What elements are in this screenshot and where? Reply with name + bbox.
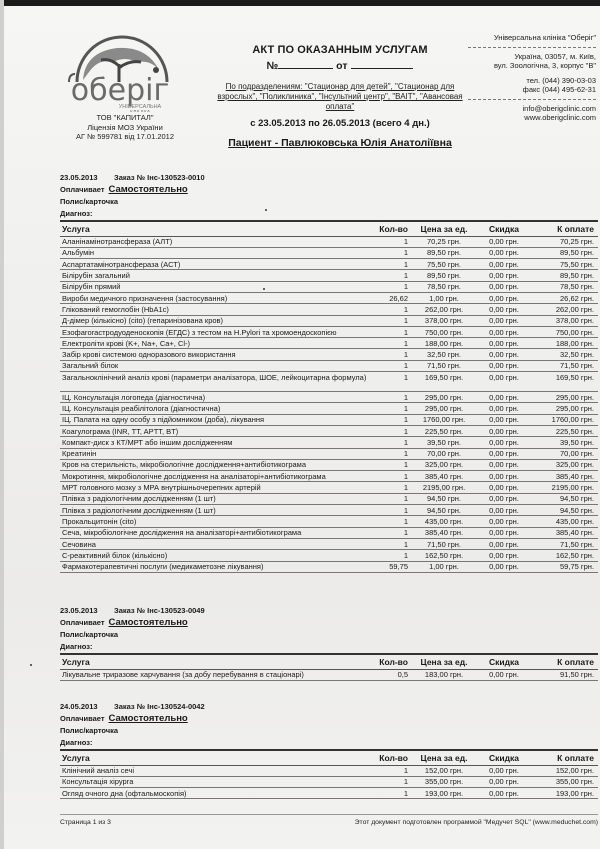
diagnosis-label: Диагноз:	[60, 641, 598, 653]
unit-price: 183,00 грн.	[410, 669, 478, 680]
service-name: Коагулограма (INR, TT, APTT, BT)	[60, 425, 370, 436]
col-service: Услуга	[60, 654, 370, 669]
service-name: Кров на стерильність, мікробіологічне до…	[60, 459, 370, 470]
diagnosis-label: Диагноз:	[60, 737, 598, 749]
divisions-text: По подразделениям: "Стационар для детей"…	[205, 82, 475, 112]
divider	[468, 99, 596, 100]
unit-price: 295,00 грн.	[410, 403, 478, 414]
scan-left-edge	[0, 0, 4, 849]
discount: 0,00 грн.	[478, 765, 530, 776]
col-qty: Кол-во	[370, 654, 410, 669]
discount: 0,00 грн.	[478, 270, 530, 281]
unit-price: 355,00 грн.	[410, 776, 478, 787]
amount-due: 94,50 грн.	[530, 505, 598, 516]
discount: 0,00 грн.	[478, 392, 530, 403]
amount-due: 378,00 грн.	[530, 315, 598, 326]
amount-due: 262,00 грн.	[530, 304, 598, 315]
col-total: К оплате	[530, 654, 598, 669]
table-row: Фармакотерапевтичні послуги (медикаметоз…	[60, 561, 598, 572]
col-discount: Скидка	[478, 654, 530, 669]
discount: 0,00 грн.	[478, 315, 530, 326]
col-total: К оплате	[530, 750, 598, 765]
quantity: 1	[370, 788, 410, 799]
table-row: Езофагогастродуоденоскопія (ЕГДС) з тест…	[60, 326, 598, 337]
order-header: 23.05.2013Заказ № Інс-130523-0049	[60, 605, 598, 617]
company-info: ТОВ "КАПИТАЛ" Ліцензія МОЗ України АГ № …	[60, 113, 190, 142]
email: info@oberigclinic.com	[458, 104, 596, 114]
quantity: 1	[370, 493, 410, 504]
unit-price: 94,50 грн.	[410, 493, 478, 504]
service-name: Компакт-диск з КТ/МРТ або іншим дослідже…	[60, 437, 370, 448]
address-line-1: Україна, 03057, м. Київ,	[458, 52, 596, 62]
services-table: УслугаКол-воЦена за ед.СкидкаК оплатеКлі…	[60, 749, 598, 799]
order-date: 23.05.2013	[60, 172, 114, 184]
divider	[468, 47, 596, 48]
quantity: 1	[370, 437, 410, 448]
service-name: Лікувальне триразове харчування (за добу…	[60, 669, 370, 680]
company-name: ТОВ "КАПИТАЛ"	[60, 113, 190, 123]
amount-due: 59,75 грн.	[530, 561, 598, 572]
clinic-contacts: Універсальна клініка "Оберіг" Україна, 0…	[458, 33, 596, 123]
table-row: Електроліти крові (K+, Na+, Ca+, Cl-)118…	[60, 338, 598, 349]
document-title-block: АКТ ПО ОКАЗАННЫМ УСЛУГАМ № от По подразд…	[205, 44, 475, 149]
amount-due: 295,00 грн.	[530, 392, 598, 403]
website: www.oberigclinic.com	[458, 113, 596, 123]
table-row: Прокальцитонін (cito)1435,00 грн.0,00 гр…	[60, 516, 598, 527]
policy-label: Полис/карточка	[60, 629, 598, 641]
discount: 0,00 грн.	[478, 414, 530, 425]
quantity: 1	[370, 538, 410, 549]
col-service: Услуга	[60, 221, 370, 236]
order-section: 24.05.2013Заказ № Інс-130524-0042Оплачив…	[60, 701, 598, 799]
unit-price: 193,00 грн.	[410, 788, 478, 799]
unit-price: 78,50 грн.	[410, 281, 478, 292]
payer-line: ОплачиваетСамостоятельно	[60, 617, 598, 629]
service-name: Аспартатамінотрансфераза (АСТ)	[60, 259, 370, 270]
amount-due: 355,00 грн.	[530, 776, 598, 787]
quantity: 26,62	[370, 292, 410, 303]
amount-due: 75,50 грн.	[530, 259, 598, 270]
quantity: 1	[370, 550, 410, 561]
table-row: Забір крові системою одноразового викори…	[60, 349, 598, 360]
service-name: ІЦ. Консультація логопеда (діагностична)	[60, 392, 370, 403]
service-name: Консультація хірурга	[60, 776, 370, 787]
order-header: 24.05.2013Заказ № Інс-130524-0042	[60, 701, 598, 713]
unit-price: 385,40 грн.	[410, 471, 478, 482]
number-prefix: №	[267, 60, 279, 72]
unit-price: 70,25 грн.	[410, 236, 478, 247]
number-blank	[278, 60, 333, 69]
quantity: 1	[370, 776, 410, 787]
unit-price: 262,00 грн.	[410, 304, 478, 315]
service-name: Аланінамінотрансфераза (АЛТ)	[60, 236, 370, 247]
quantity: 1	[370, 338, 410, 349]
table-row: ІЦ. Консультація реабілітолога (діагност…	[60, 403, 598, 414]
unit-price: 71,50 грн.	[410, 538, 478, 549]
unit-price: 435,00 грн.	[410, 516, 478, 527]
service-name: Білірубін прямий	[60, 281, 370, 292]
quantity: 1	[370, 247, 410, 258]
table-row: Глікований гемоглобін (HbA1c)1262,00 грн…	[60, 304, 598, 315]
quantity: 1	[370, 270, 410, 281]
service-name: Плівка з радіологічним дослідженням (1 ш…	[60, 505, 370, 516]
amount-due: 2195,00 грн.	[530, 482, 598, 493]
services-table: УслугаКол-воЦена за ед.СкидкаК оплатеЛік…	[60, 653, 598, 681]
phone: тел. (044) 390-03-03	[458, 76, 596, 86]
discount: 0,00 грн.	[478, 505, 530, 516]
generator-note: Этот документ подготовлен программой "Ме…	[355, 819, 598, 826]
discount: 0,00 грн.	[478, 516, 530, 527]
service-name: Загальноклінічний аналіз крові (параметр…	[60, 372, 370, 392]
discount: 0,00 грн.	[478, 372, 530, 392]
discount: 0,00 грн.	[478, 448, 530, 459]
discount: 0,00 грн.	[478, 459, 530, 470]
document-title: АКТ ПО ОКАЗАННЫМ УСЛУГАМ	[205, 44, 475, 56]
payer-label: Оплачивает	[60, 185, 105, 194]
service-name: Езофагогастродуоденоскопія (ЕГДС) з тест…	[60, 326, 370, 337]
table-row: Лікувальне триразове харчування (за добу…	[60, 669, 598, 680]
amount-due: 71,50 грн.	[530, 360, 598, 371]
service-name: Плівка з радіологічним дослідженням (1 ш…	[60, 493, 370, 504]
col-service: Услуга	[60, 750, 370, 765]
discount: 0,00 грн.	[478, 360, 530, 371]
payer-value: Самостоятельно	[109, 184, 188, 195]
services-table: УслугаКол-воЦена за ед.СкидкаК оплатеАла…	[60, 220, 598, 573]
service-name: Креатинін	[60, 448, 370, 459]
policy-label: Полис/карточка	[60, 725, 598, 737]
quantity: 1	[370, 414, 410, 425]
amount-due: 91,50 грн.	[530, 669, 598, 680]
discount: 0,00 грн.	[478, 292, 530, 303]
amount-due: 70,00 грн.	[530, 448, 598, 459]
amount-due: 385,40 грн.	[530, 471, 598, 482]
footer-divider	[60, 814, 598, 815]
quantity: 1	[370, 471, 410, 482]
amount-due: 169,50 грн.	[530, 372, 598, 392]
quantity: 59,75	[370, 561, 410, 572]
amount-due: 89,50 грн.	[530, 247, 598, 258]
service-name: Альбумін	[60, 247, 370, 258]
discount: 0,00 грн.	[478, 550, 530, 561]
payer-value: Самостоятельно	[109, 617, 188, 628]
table-row: Білірубін загальний189,50 грн.0,00 грн.8…	[60, 270, 598, 281]
service-name: Забір крові системою одноразового викори…	[60, 349, 370, 360]
discount: 0,00 грн.	[478, 247, 530, 258]
amount-due: 385,40 грн.	[530, 527, 598, 538]
quantity: 1	[370, 482, 410, 493]
unit-price: 152,00 грн.	[410, 765, 478, 776]
quantity: 1	[370, 448, 410, 459]
amount-due: 78,50 грн.	[530, 281, 598, 292]
service-name: Глікований гемоглобін (HbA1c)	[60, 304, 370, 315]
table-row: ІЦ. Консультація логопеда (діагностична)…	[60, 392, 598, 403]
amount-due: 94,50 грн.	[530, 493, 598, 504]
payer-line: ОплачиваетСамостоятельно	[60, 713, 598, 725]
document-number-line: № от	[205, 60, 475, 72]
quantity: 1	[370, 315, 410, 326]
quantity: 1	[370, 459, 410, 470]
license-label: Ліцензія МОЗ України	[60, 123, 190, 133]
amount-due: 162,50 грн.	[530, 550, 598, 561]
discount: 0,00 грн.	[478, 561, 530, 572]
discount: 0,00 грн.	[478, 259, 530, 270]
payer-label: Оплачивает	[60, 618, 105, 627]
table-row: Загальноклінічний аналіз крові (параметр…	[60, 372, 598, 392]
svg-text:КЛІНІКА: КЛІНІКА	[130, 110, 151, 112]
order-header: 23.05.2013Заказ № Інс-130523-0010	[60, 172, 598, 184]
table-row: Д-дімер (кількісно) (cito) (гепаринізова…	[60, 315, 598, 326]
col-qty: Кол-во	[370, 221, 410, 236]
quantity: 1	[370, 326, 410, 337]
table-row: Загальний білок171,50 грн.0,00 грн.71,50…	[60, 360, 598, 371]
table-row: Сечовина171,50 грн.0,00 грн.71,50 грн.	[60, 538, 598, 549]
discount: 0,00 грн.	[478, 326, 530, 337]
table-row: Креатинін170,00 грн.0,00 грн.70,00 грн.	[60, 448, 598, 459]
amount-due: 225,50 грн.	[530, 425, 598, 436]
quantity: 0,5	[370, 669, 410, 680]
payer-value: Самостоятельно	[109, 713, 188, 724]
scan-top-edge	[0, 0, 600, 6]
discount: 0,00 грн.	[478, 527, 530, 538]
amount-due: 193,00 грн.	[530, 788, 598, 799]
amount-due: 435,00 грн.	[530, 516, 598, 527]
col-total: К оплате	[530, 221, 598, 236]
amount-due: 39,50 грн.	[530, 437, 598, 448]
unit-price: 89,50 грн.	[410, 270, 478, 281]
clinic-name: Універсальна клініка "Оберіг"	[458, 33, 596, 43]
quantity: 1	[370, 516, 410, 527]
unit-price: 169,50 грн.	[410, 372, 478, 392]
fax: факс (044) 495-62-31	[458, 85, 596, 95]
service-name: Д-дімер (кількісно) (cito) (гепаринізова…	[60, 315, 370, 326]
diagnosis-label: Диагноз:	[60, 208, 598, 220]
discount: 0,00 грн.	[478, 403, 530, 414]
amount-due: 188,00 грн.	[530, 338, 598, 349]
unit-price: 71,50 грн.	[410, 360, 478, 371]
order-section: 23.05.2013Заказ № Інс-130523-0010Оплачив…	[60, 172, 598, 573]
order-date: 23.05.2013	[60, 605, 114, 617]
unit-price: 378,00 грн.	[410, 315, 478, 326]
table-row: Аланінамінотрансфераза (АЛТ)170,25 грн.0…	[60, 236, 598, 247]
unit-price: 70,00 грн.	[410, 448, 478, 459]
table-row: Білірубін прямий178,50 грн.0,00 грн.78,5…	[60, 281, 598, 292]
policy-label: Полис/карточка	[60, 196, 598, 208]
discount: 0,00 грн.	[478, 304, 530, 315]
service-name: Фармакотерапевтичні послуги (медикаметоз…	[60, 561, 370, 572]
discount: 0,00 грн.	[478, 776, 530, 787]
service-name: Електроліти крові (K+, Na+, Ca+, Cl-)	[60, 338, 370, 349]
discount: 0,00 грн.	[478, 482, 530, 493]
service-name: С-реактивний білок (кількісно)	[60, 550, 370, 561]
unit-price: 75,50 грн.	[410, 259, 478, 270]
unit-price: 188,00 грн.	[410, 338, 478, 349]
service-name: МРТ головного мозку з МРА внутрішньочере…	[60, 482, 370, 493]
table-row: Огляд очного дна (офтальмоскопія)1193,00…	[60, 788, 598, 799]
unit-price: 94,50 грн.	[410, 505, 478, 516]
quantity: 1	[370, 281, 410, 292]
order-number: Заказ № Інс-130523-0010	[114, 173, 205, 182]
date-blank	[351, 60, 413, 69]
table-row: ІЦ. Палата на одну особу з підйомником (…	[60, 414, 598, 425]
amount-due: 1760,00 грн.	[530, 414, 598, 425]
unit-price: 225,50 грн.	[410, 425, 478, 436]
service-name: ІЦ. Консультація реабілітолога (діагност…	[60, 403, 370, 414]
amount-due: 70,25 грн.	[530, 236, 598, 247]
amount-due: 750,00 грн.	[530, 326, 598, 337]
discount: 0,00 грн.	[478, 669, 530, 680]
scan-speck	[30, 664, 32, 666]
quantity: 1	[370, 425, 410, 436]
discount: 0,00 грн.	[478, 236, 530, 247]
service-name: Мокротиння, мікробіологічне дослідження …	[60, 471, 370, 482]
unit-price: 1,00 грн.	[410, 292, 478, 303]
quantity: 1	[370, 259, 410, 270]
table-row: Сеча, мікробіологічне дослідження на ана…	[60, 527, 598, 538]
payer-line: ОплачиваетСамостоятельно	[60, 184, 598, 196]
unit-price: 295,00 грн.	[410, 392, 478, 403]
col-price: Цена за ед.	[410, 750, 478, 765]
table-row: МРТ головного мозку з МРА внутрішньочере…	[60, 482, 598, 493]
table-row: Аспартатамінотрансфераза (АСТ)175,50 грн…	[60, 259, 598, 270]
service-period: с 23.05.2013 по 26.05.2013 (всего 4 дн.)	[205, 118, 475, 129]
col-qty: Кол-во	[370, 750, 410, 765]
unit-price: 39,50 грн.	[410, 437, 478, 448]
service-name: Сечовина	[60, 538, 370, 549]
scanned-document-page: обepiг УНІВЕРСАЛЬНА КЛІНІКА ТОВ "КАПИТАЛ…	[0, 0, 600, 849]
amount-due: 32,50 грн.	[530, 349, 598, 360]
quantity: 1	[370, 360, 410, 371]
quantity: 1	[370, 403, 410, 414]
discount: 0,00 грн.	[478, 788, 530, 799]
page-footer: Страница 1 из 3 Этот документ подготовле…	[60, 819, 598, 826]
quantity: 1	[370, 372, 410, 392]
table-row: Мокротиння, мікробіологічне дослідження …	[60, 471, 598, 482]
unit-price: 89,50 грн.	[410, 247, 478, 258]
service-name: Вироби медичного призначення (застосуван…	[60, 292, 370, 303]
table-row: Плівка з радіологічним дослідженням (1 ш…	[60, 505, 598, 516]
amount-due: 295,00 грн.	[530, 403, 598, 414]
service-name: ІЦ. Палата на одну особу з підйомником (…	[60, 414, 370, 425]
license-number: АГ № 599781 від 17.01.2012	[60, 132, 190, 142]
scan-speck	[263, 288, 265, 290]
quantity: 1	[370, 527, 410, 538]
unit-price: 2195,00 грн.	[410, 482, 478, 493]
discount: 0,00 грн.	[478, 437, 530, 448]
discount: 0,00 грн.	[478, 338, 530, 349]
patient-name: Пациент - Павлюковська Юлія Анатоліївна	[205, 137, 475, 149]
quantity: 1	[370, 349, 410, 360]
unit-price: 325,00 грн.	[410, 459, 478, 470]
discount: 0,00 грн.	[478, 538, 530, 549]
service-name: Білірубін загальний	[60, 270, 370, 281]
amount-due: 26,62 грн.	[530, 292, 598, 303]
order-section: 23.05.2013Заказ № Інс-130523-0049Оплачив…	[60, 605, 598, 681]
service-name: Сеча, мікробіологічне дослідження на ана…	[60, 527, 370, 538]
clinic-logo: обepiг УНІВЕРСАЛЬНА КЛІНІКА	[50, 30, 190, 112]
number-from-label: от	[336, 60, 347, 72]
service-name: Прокальцитонін (cito)	[60, 516, 370, 527]
discount: 0,00 грн.	[478, 281, 530, 292]
col-price: Цена за ед.	[410, 221, 478, 236]
order-number: Заказ № Інс-130523-0049	[114, 606, 205, 615]
table-row: Клінічний аналіз сечі1152,00 грн.0,00 гр…	[60, 765, 598, 776]
scan-speck	[265, 209, 267, 211]
quantity: 1	[370, 392, 410, 403]
table-row: Консультація хірурга1355,00 грн.0,00 грн…	[60, 776, 598, 787]
discount: 0,00 грн.	[478, 471, 530, 482]
tree-icon: обepiг УНІВЕРСАЛЬНА КЛІНІКА	[55, 30, 185, 112]
table-row: Альбумін189,50 грн.0,00 грн.89,50 грн.	[60, 247, 598, 258]
order-number: Заказ № Інс-130524-0042	[114, 702, 205, 711]
table-row: Компакт-диск з КТ/МРТ або іншим дослідже…	[60, 437, 598, 448]
quantity: 1	[370, 236, 410, 247]
unit-price: 1760,00 грн.	[410, 414, 478, 425]
table-row: Кров на стерильність, мікробіологічне до…	[60, 459, 598, 470]
table-row: Плівка з радіологічним дослідженням (1 ш…	[60, 493, 598, 504]
unit-price: 162,50 грн.	[410, 550, 478, 561]
table-row: Вироби медичного призначення (застосуван…	[60, 292, 598, 303]
quantity: 1	[370, 505, 410, 516]
unit-price: 750,00 грн.	[410, 326, 478, 337]
unit-price: 1,00 грн.	[410, 561, 478, 572]
page-number: Страница 1 из 3	[60, 819, 111, 826]
col-discount: Скидка	[478, 221, 530, 236]
table-row: Коагулограма (INR, TT, APTT, BT)1225,50 …	[60, 425, 598, 436]
col-price: Цена за ед.	[410, 654, 478, 669]
service-name: Клінічний аналіз сечі	[60, 765, 370, 776]
amount-due: 325,00 грн.	[530, 459, 598, 470]
quantity: 1	[370, 304, 410, 315]
amount-due: 89,50 грн.	[530, 270, 598, 281]
discount: 0,00 грн.	[478, 425, 530, 436]
amount-due: 152,00 грн.	[530, 765, 598, 776]
amount-due: 71,50 грн.	[530, 538, 598, 549]
address-line-2: вул. Зоологічна, 3, корпус "В"	[458, 61, 596, 71]
order-date: 24.05.2013	[60, 701, 114, 713]
table-row: С-реактивний білок (кількісно)1162,50 гр…	[60, 550, 598, 561]
discount: 0,00 грн.	[478, 349, 530, 360]
discount: 0,00 грн.	[478, 493, 530, 504]
unit-price: 385,40 грн.	[410, 527, 478, 538]
service-name: Загальний білок	[60, 360, 370, 371]
col-discount: Скидка	[478, 750, 530, 765]
payer-label: Оплачивает	[60, 714, 105, 723]
quantity: 1	[370, 765, 410, 776]
service-name: Огляд очного дна (офтальмоскопія)	[60, 788, 370, 799]
svg-text:обepiг: обepiг	[71, 73, 169, 108]
unit-price: 32,50 грн.	[410, 349, 478, 360]
